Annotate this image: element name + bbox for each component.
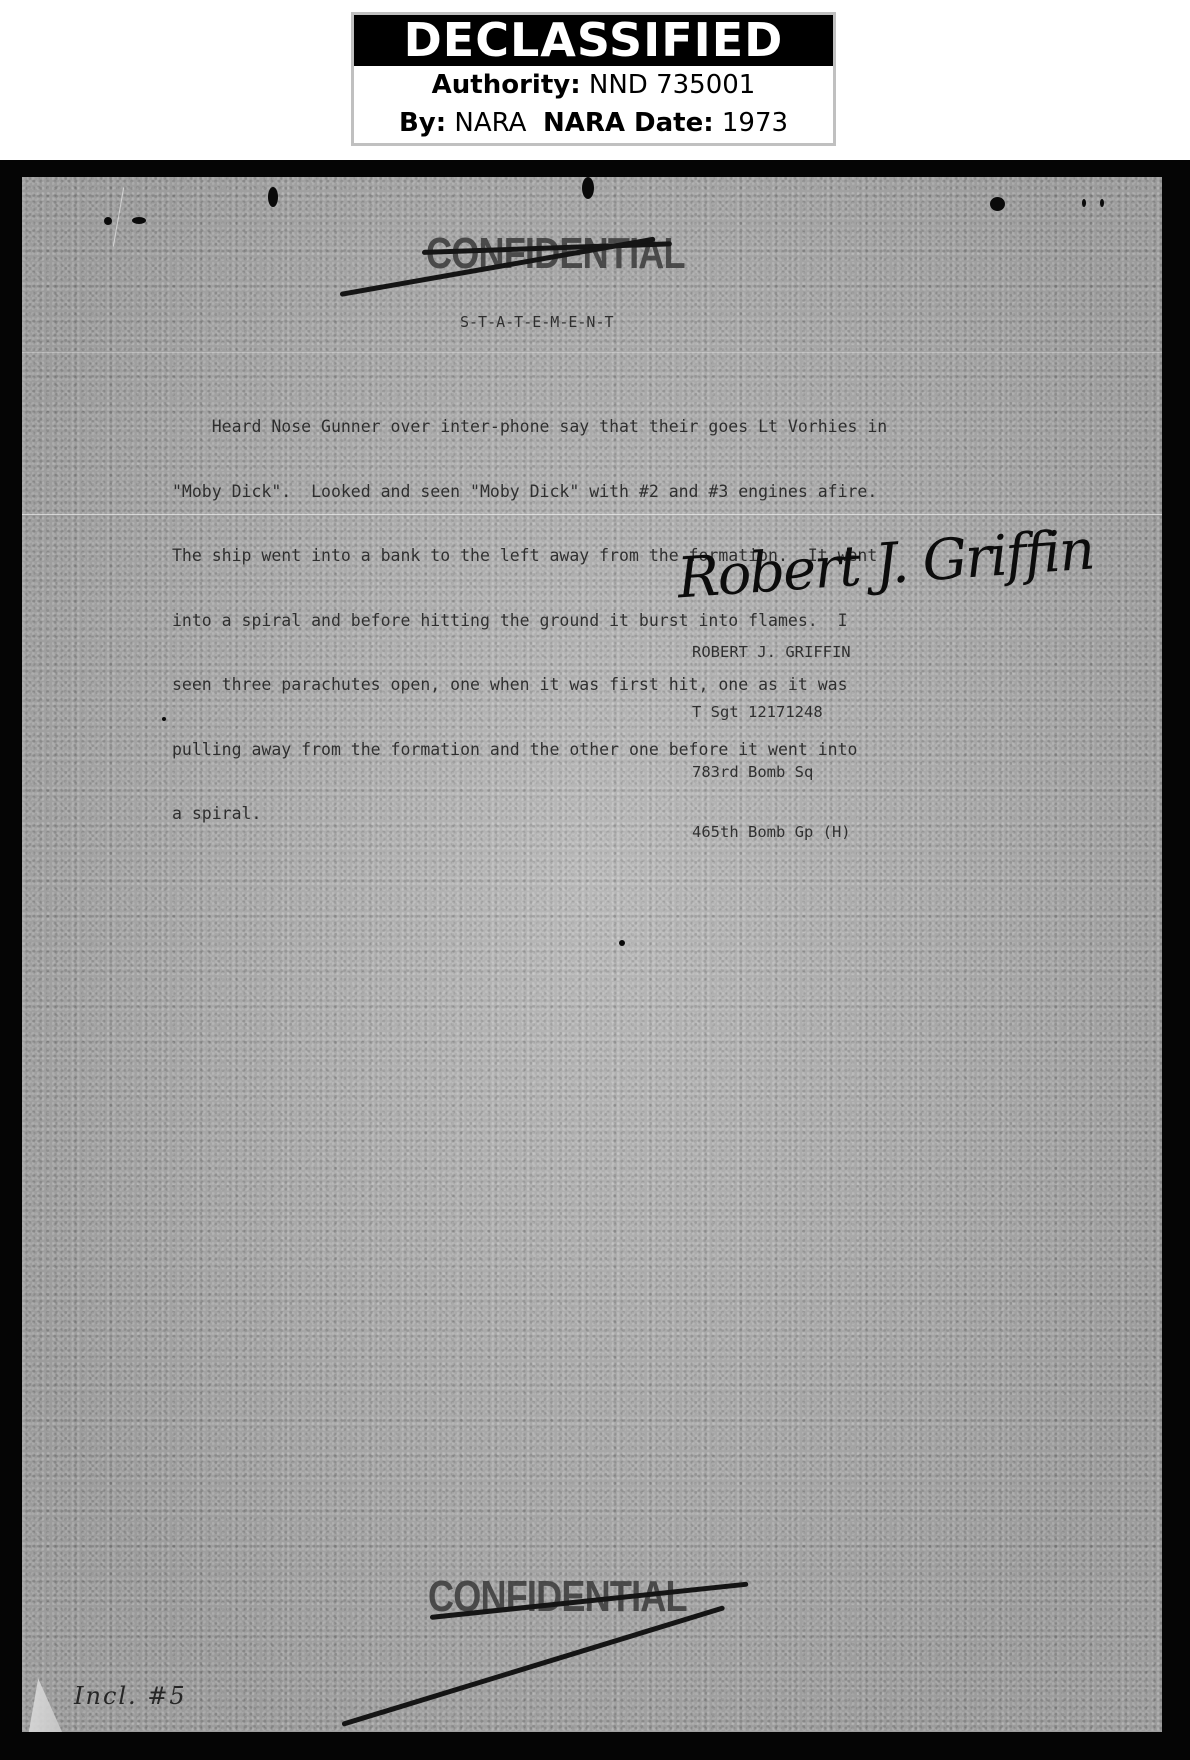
banner-title: DECLASSIFIED xyxy=(354,15,833,66)
signer-squadron: 783rd Bomb Sq xyxy=(692,762,851,782)
banner-authority: Authority: NND 735001 xyxy=(354,66,833,104)
by-value: NARA xyxy=(454,108,526,138)
ink-speck xyxy=(619,940,625,946)
ink-speck xyxy=(162,717,166,721)
signature-block: ROBERT J. GRIFFIN T Sgt 12171248 783rd B… xyxy=(692,602,851,882)
body-line: "Moby Dick". Looked and seen "Moby Dick"… xyxy=(172,481,887,503)
ink-speck xyxy=(132,217,146,224)
scanned-page: CONFIDENTIAL S-T-A-T-E-M-E-N-T Heard Nos… xyxy=(0,160,1190,1760)
handwritten-enclosure-note: Incl. #5 xyxy=(74,1682,187,1710)
ink-speck xyxy=(582,177,594,199)
authority-value: NND 735001 xyxy=(589,70,755,100)
scratch-line xyxy=(22,352,1162,353)
date-label: NARA Date: xyxy=(543,108,714,138)
by-label: By: xyxy=(399,108,446,138)
body-line: Heard Nose Gunner over inter-phone say t… xyxy=(172,416,887,438)
signer-group: 465th Bomb Gp (H) xyxy=(692,822,851,842)
ink-speck xyxy=(268,187,278,207)
statement-heading: S-T-A-T-E-M-E-N-T xyxy=(460,312,614,334)
banner-by-date: By: NARA NARA Date: 1973 xyxy=(354,104,833,142)
authority-label: Authority: xyxy=(432,70,581,100)
ink-speck xyxy=(990,197,1005,211)
declassified-banner: DECLASSIFIED Authority: NND 735001 By: N… xyxy=(351,12,836,146)
ink-speck xyxy=(104,217,112,225)
ink-speck xyxy=(1100,199,1104,207)
paper-sheet: CONFIDENTIAL S-T-A-T-E-M-E-N-T Heard Nos… xyxy=(22,177,1162,1732)
date-value: 1973 xyxy=(722,108,788,138)
signer-name: ROBERT J. GRIFFIN xyxy=(692,642,851,662)
ink-speck xyxy=(1082,199,1086,207)
signer-rank-serial: T Sgt 12171248 xyxy=(692,702,851,722)
